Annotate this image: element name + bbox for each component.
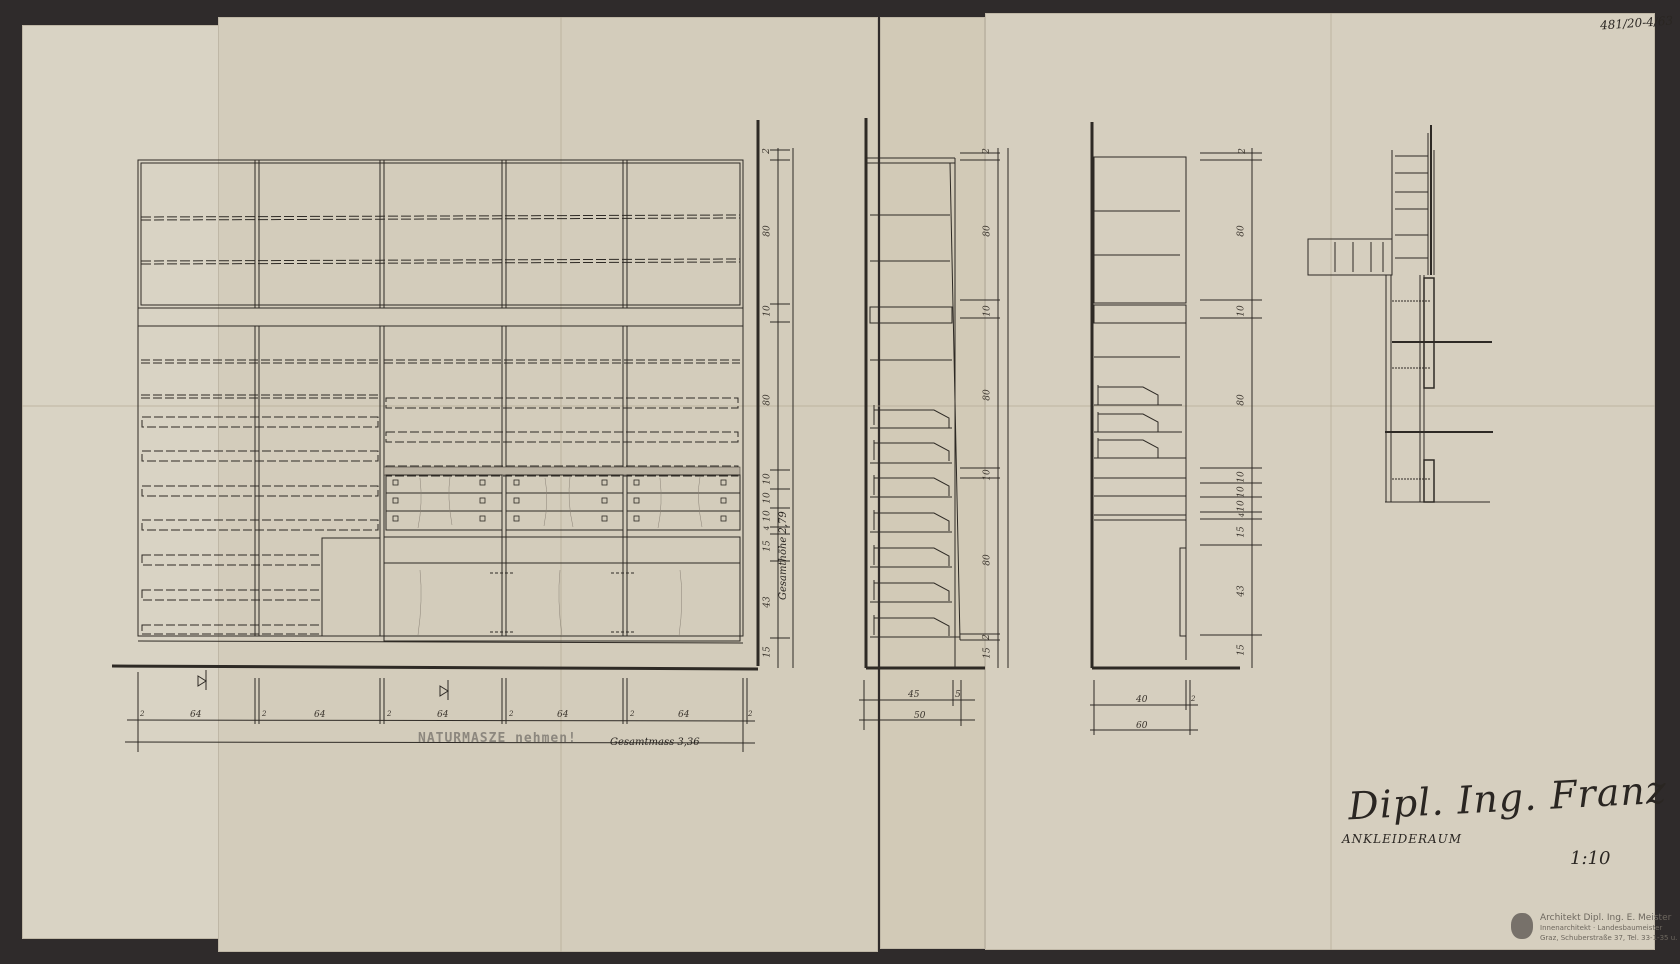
bay-width-3: 64 [437,710,448,720]
section2-depth-dim: 40 [1136,695,1147,705]
section2-depth-dim: 60 [1136,721,1147,731]
overall-height-label: Gesamthöhe 2,79 [778,511,789,600]
bay-width-5: 64 [678,710,689,720]
section1-height-dim: 10 [983,469,993,480]
height-dim: 43 [763,596,773,607]
scale-label: 1:10 [1570,848,1610,869]
section2-height-dim: 2 [1238,148,1248,154]
gap-6: 2 [748,710,752,718]
section1-height-dim: 80 [983,554,993,565]
height-dim: 80 [763,225,773,236]
bay-width-2: 64 [314,710,325,720]
stamp-line-3: Graz, Schuberstraße 37, Tel. 33-1-35 u. … [1540,933,1680,943]
section2-depth-dim: 2 [1191,695,1195,703]
paper-sheet-main [218,17,878,952]
section1-height-dim: 80 [983,225,993,236]
section1-height-dim: 10 [983,305,993,316]
height-dim: 10 [763,510,773,521]
paper-sheet-left [22,25,222,939]
room-label: ANKLEIDERAUM [1342,832,1462,846]
naturmasze-note: NATURMASZE nehmen! [418,731,577,746]
section2-height-dim: 10 [1237,500,1247,511]
section1-depth-dim: 5 [955,690,961,700]
height-dim: 10 [763,305,773,316]
stamp-logo-icon [1511,913,1533,939]
gap-1: 2 [140,710,144,718]
section2-height-dim: 10 [1237,486,1247,497]
overall-width-label: Gesamtmass 3,36 [610,737,700,748]
section2-height-dim: 15 [1237,644,1247,655]
section1-height-dim: 2 [982,634,992,640]
section2-height-dim: 15 [1237,526,1247,537]
gap-3: 2 [387,710,391,718]
paper-sheet-strip [880,17,985,949]
bay-width-1: 64 [190,710,201,720]
bay-width-4: 64 [557,710,568,720]
section1-depth-dim: 45 [908,690,919,700]
height-dim: 2 [762,148,772,154]
section2-height-dim: 10 [1237,305,1247,316]
height-dim: 10 [763,492,773,503]
gap-5: 2 [630,710,634,718]
height-dim: 15 [763,540,773,551]
section1-height-dim: 2 [982,148,992,154]
vertical-fold-line [1330,13,1332,950]
height-dim: 15 [763,646,773,657]
section2-height-dim: 80 [1237,225,1247,236]
section1-depth-dim: 50 [914,711,925,721]
section1-height-dim: 80 [983,389,993,400]
architect-stamp: Architekt Dipl. Ing. E. Meister Innenarc… [1540,913,1680,943]
stamp-line-1: Architekt Dipl. Ing. E. Meister [1540,913,1680,923]
section2-height-dim: 80 [1237,394,1247,405]
height-dim: 4 [763,526,771,530]
stamp-line-2: Innenarchitekt · Landesbaumeister [1540,923,1680,933]
section2-height-dim: 10 [1237,471,1247,482]
section2-height-dim: 4 [1238,513,1246,517]
height-dim: 10 [763,473,773,484]
section2-height-dim: 43 [1237,585,1247,596]
vertical-fold-line [560,17,562,952]
gap-4: 2 [509,710,513,718]
height-dim: 80 [763,394,773,405]
gap-2: 2 [262,710,266,718]
section1-height-dim: 15 [983,647,993,658]
horizontal-fold-line [22,405,1655,407]
